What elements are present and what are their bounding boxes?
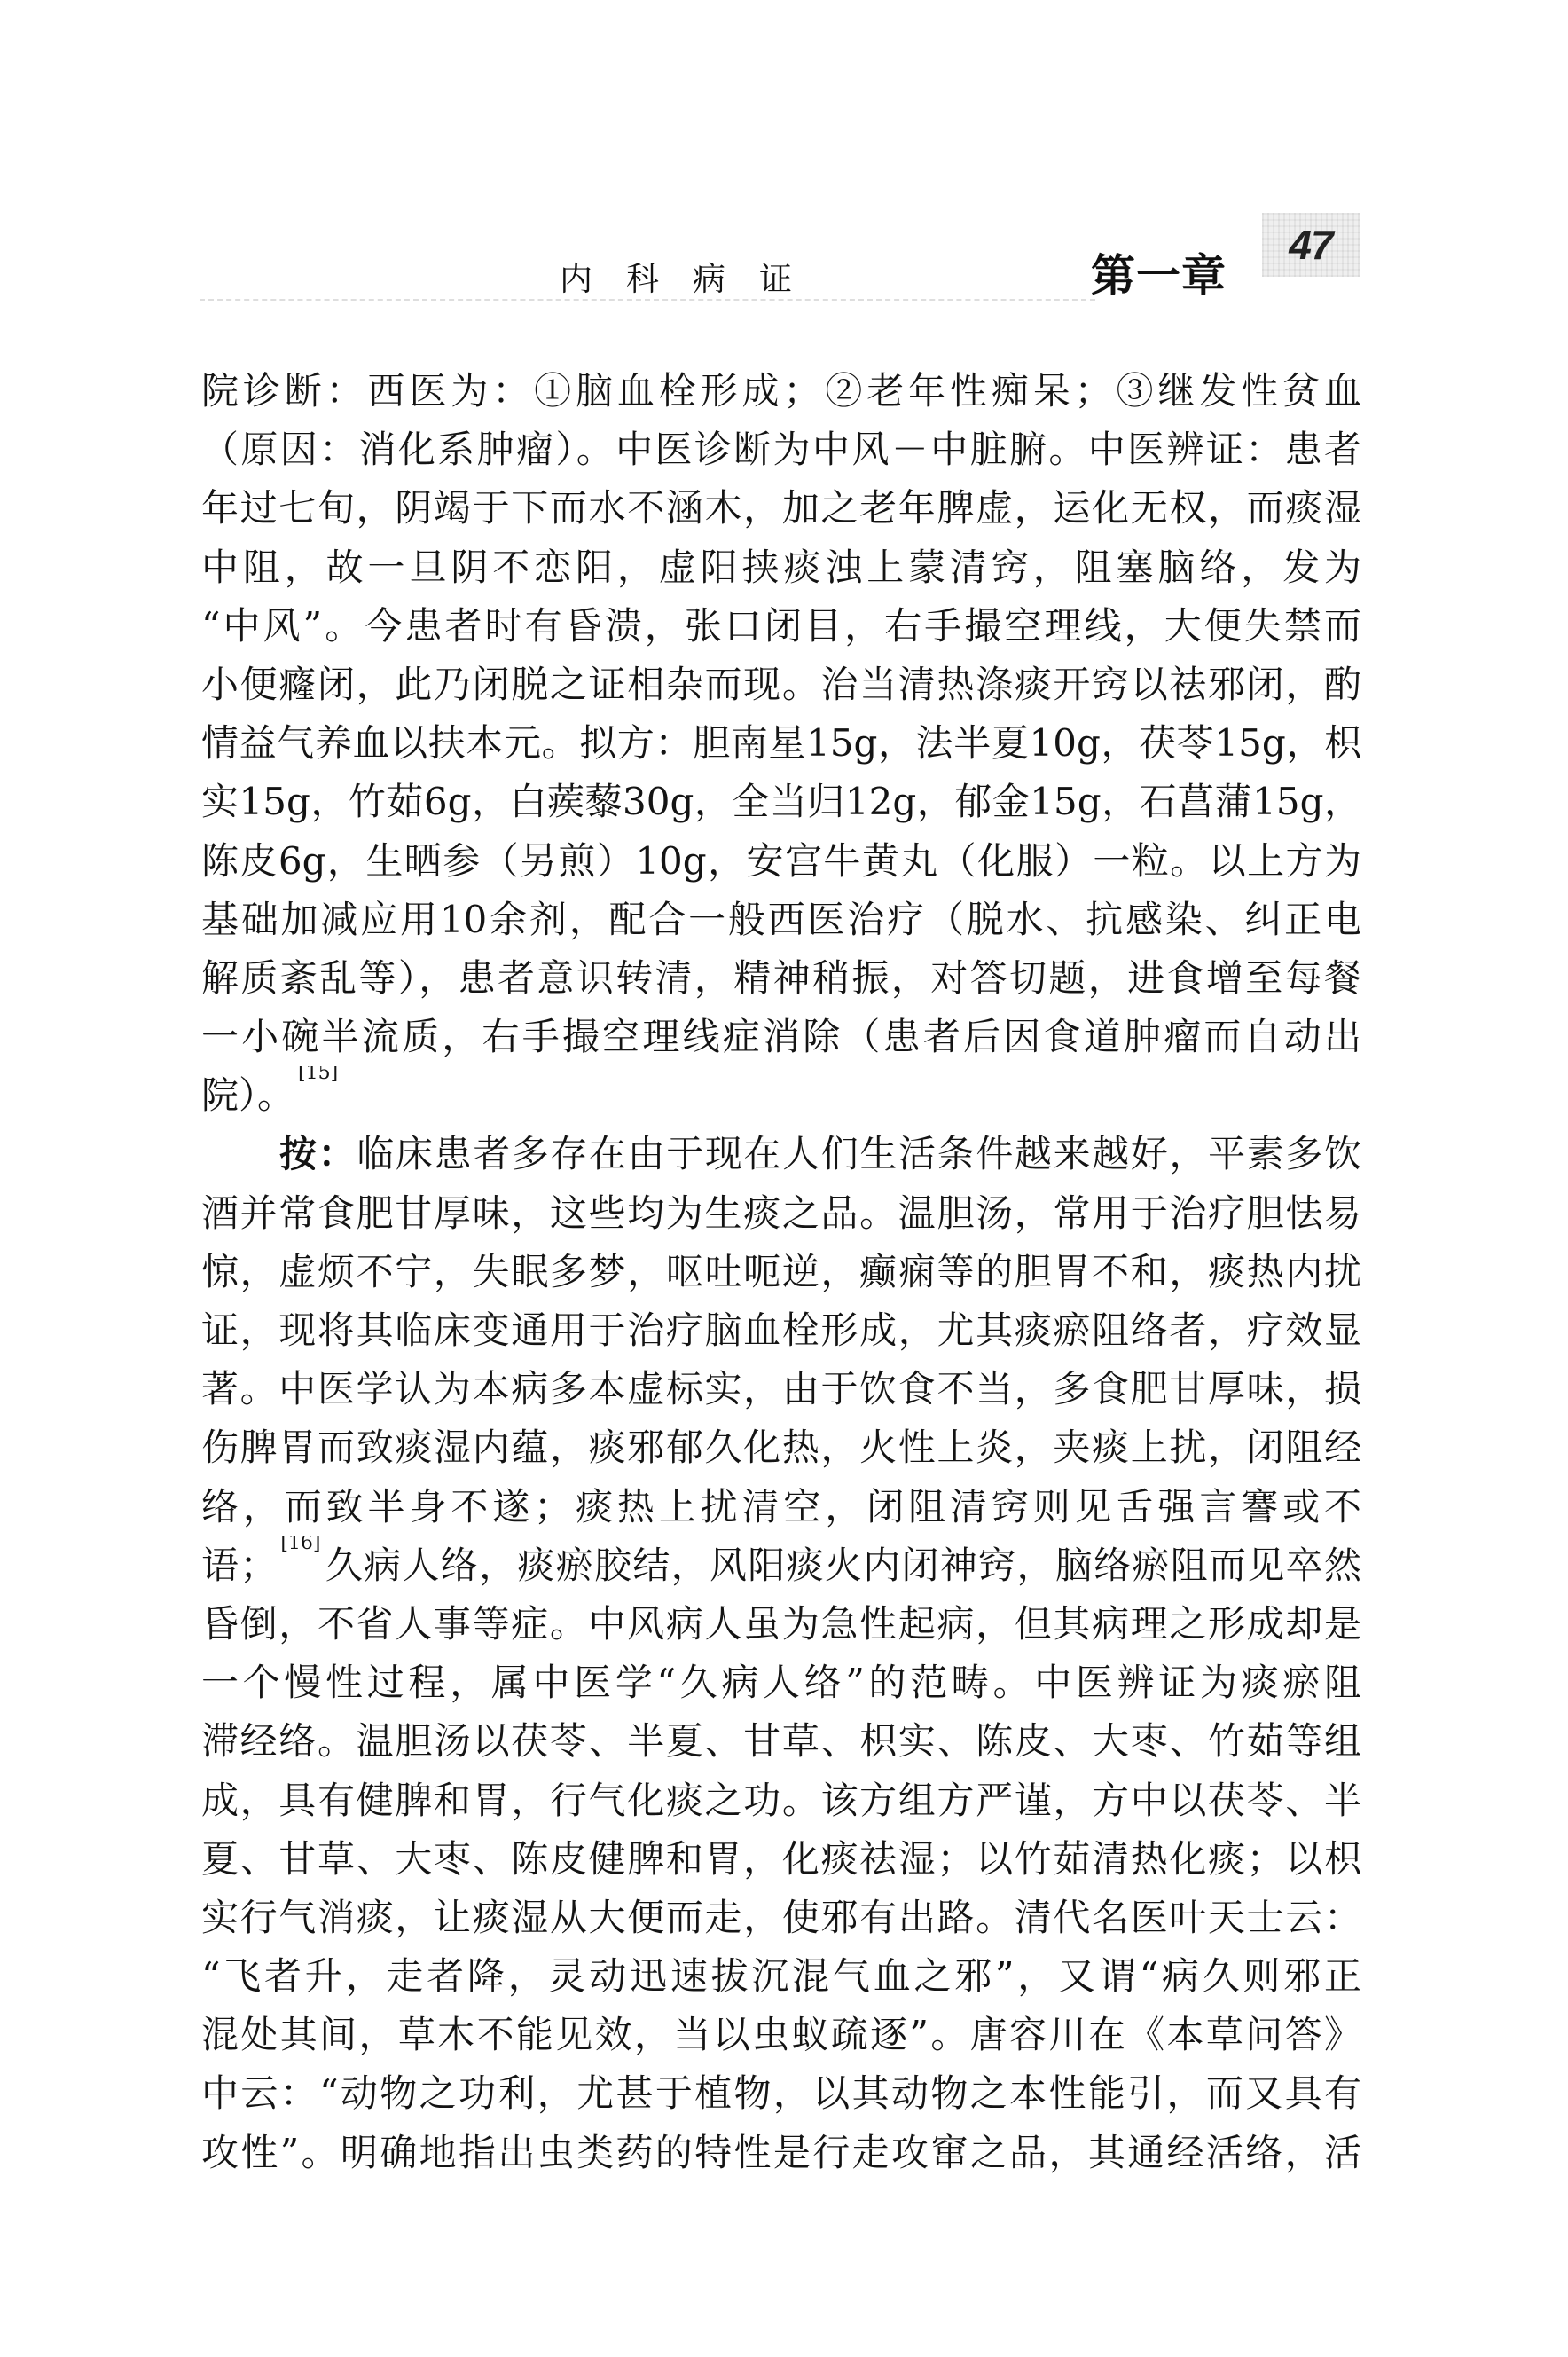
running-head: 内科病证 bbox=[560, 261, 826, 298]
body-text: 院诊断：西医为：①脑血栓形成；②老年性痴呆；③继发性贫血 （原因：消化系肿瘤）。… bbox=[201, 362, 1361, 2182]
text-line: 一小碗半流质，右手撮空理线症消除（患者后因食道肿瘤而自动出 bbox=[201, 1008, 1361, 1066]
text-line: 中阻，故一旦阴不恋阳，虚阳挟痰浊上蒙清窍，阻塞脑络，发为 bbox=[201, 538, 1361, 597]
text-line-paragraph-end: 院）。[15] bbox=[201, 1066, 1361, 1125]
text-line: 成，具有健脾和胃，行气化痰之功。该方组方严谨，方中以茯苓、半 bbox=[201, 1772, 1361, 1830]
text-line: 小便癃闭，此乃闭脱之证相杂而现。治当清热涤痰开窍以祛邪闭，酌 bbox=[201, 656, 1361, 714]
text-line: 攻性”。明确地指出虫类药的特性是行走攻窜之品，其通经活络，活 bbox=[201, 2124, 1361, 2182]
text-line: （原因：消化系肿瘤）。中医诊断为中风－中脏腑。中医辨证：患者 bbox=[201, 420, 1361, 479]
text-line: 惊，虚烦不宁，失眠多梦，呕吐呃逆，癫痫等的胆胃不和，痰热内扰 bbox=[201, 1243, 1361, 1301]
line-text: 久病人络，痰瘀胶结，风阳痰火内闭神窍，脑络瘀阻而见卒然 bbox=[325, 1544, 1361, 1587]
note-label: 按： bbox=[279, 1132, 357, 1175]
text-line: 夏、甘草、大枣、陈皮健脾和胃，化痰祛湿；以竹茹清热化痰；以枳 bbox=[201, 1830, 1361, 1889]
citation-ref: [15] bbox=[298, 1066, 338, 1084]
text-line: 实行气消痰，让痰湿从大便而走，使邪有出路。清代名医叶天士云： bbox=[201, 1889, 1361, 1947]
citation-ref: [16] bbox=[280, 1536, 320, 1554]
text-line: 院诊断：西医为：①脑血栓形成；②老年性痴呆；③继发性贫血 bbox=[201, 362, 1361, 420]
text-line: 一个慢性过程，属中医学“久病人络”的范畴。中医辨证为痰瘀阻 bbox=[201, 1654, 1361, 1712]
text-line: 陈皮6g，生晒参（另煎）10g，安宫牛黄丸（化服）一粒。以上方为 bbox=[201, 832, 1361, 891]
text-line: “飞者升，走者降，灵动迅速拔沉混气血之邪”，又谓“病久则邪正 bbox=[201, 1947, 1361, 2006]
line-text: 语； bbox=[201, 1544, 277, 1587]
text-line: 昏倒，不省人事等症。中风病人虽为急性起病，但其病理之形成却是 bbox=[201, 1595, 1361, 1654]
text-line: 年过七旬，阴竭于下而水不涵木，加之老年脾虚，运化无权，而痰湿 bbox=[201, 479, 1361, 538]
text-line: 中云：“动物之功利，尤甚于植物，以其动物之本性能引，而又具有 bbox=[201, 2064, 1361, 2123]
text-line: 证，现将其临床变通用于治疗脑血栓形成，尤其痰瘀阻络者，疗效显 bbox=[201, 1301, 1361, 1360]
page-number: 47 bbox=[1289, 224, 1332, 265]
page-number-box: 47 bbox=[1262, 213, 1360, 277]
line-text: 院）。 bbox=[201, 1073, 294, 1117]
text-line: 酒并常食肥甘厚味，这些均为生痰之品。温胆汤，常用于治疗胆怯易 bbox=[201, 1184, 1361, 1243]
text-line: 著。中医学认为本病多本虚标实，由于饮食不当，多食肥甘厚味，损 bbox=[201, 1360, 1361, 1418]
text-line: 滞经络。温胆汤以茯苓、半夏、甘草、枳实、陈皮、大枣、竹茹等组 bbox=[201, 1712, 1361, 1771]
header-rule bbox=[200, 299, 1095, 301]
text-line: 实15g，竹茹6g，白蒺藜30g，全当归12g，郁金15g，石菖蒲15g， bbox=[201, 773, 1361, 831]
line-text: 临床患者多存在由于现在人们生活条件越来越好，平素多饮 bbox=[357, 1132, 1361, 1175]
text-line-paragraph-start: 按：临床患者多存在由于现在人们生活条件越来越好，平素多饮 bbox=[201, 1125, 1361, 1183]
text-line: 解质紊乱等），患者意识转清，精神稍振，对答切题，进食增至每餐 bbox=[201, 949, 1361, 1008]
text-line: 情益气养血以扶本元。拟方：胆南星15g，法半夏10g，茯苓15g，枳 bbox=[201, 714, 1361, 773]
text-line: 混处其间，草木不能见效，当以虫蚁疏逐”。唐容川在《本草问答》 bbox=[201, 2006, 1361, 2064]
book-page: 内科病证 第一章 47 院诊断：西医为：①脑血栓形成；②老年性痴呆；③继发性贫血… bbox=[0, 0, 1568, 2357]
text-line: 络，而致半身不遂；痰热上扰清空，闭阻清窍则见舌强言謇或不 bbox=[201, 1478, 1361, 1536]
text-line: 语；[16]久病人络，痰瘀胶结，风阳痰火内闭神窍，脑络瘀阻而见卒然 bbox=[201, 1536, 1361, 1595]
text-line: 基础加减应用10余剂，配合一般西医治疗（脱水、抗感染、纠正电 bbox=[201, 891, 1361, 949]
text-line: 伤脾胃而致痰湿内蕴，痰邪郁久化热，火性上炎，夹痰上扰，闭阻经 bbox=[201, 1418, 1361, 1477]
chapter-label: 第一章 bbox=[1091, 252, 1227, 300]
text-line: “中风”。今患者时有昏溃，张口闭目，右手撮空理线，大便失禁而 bbox=[201, 597, 1361, 656]
